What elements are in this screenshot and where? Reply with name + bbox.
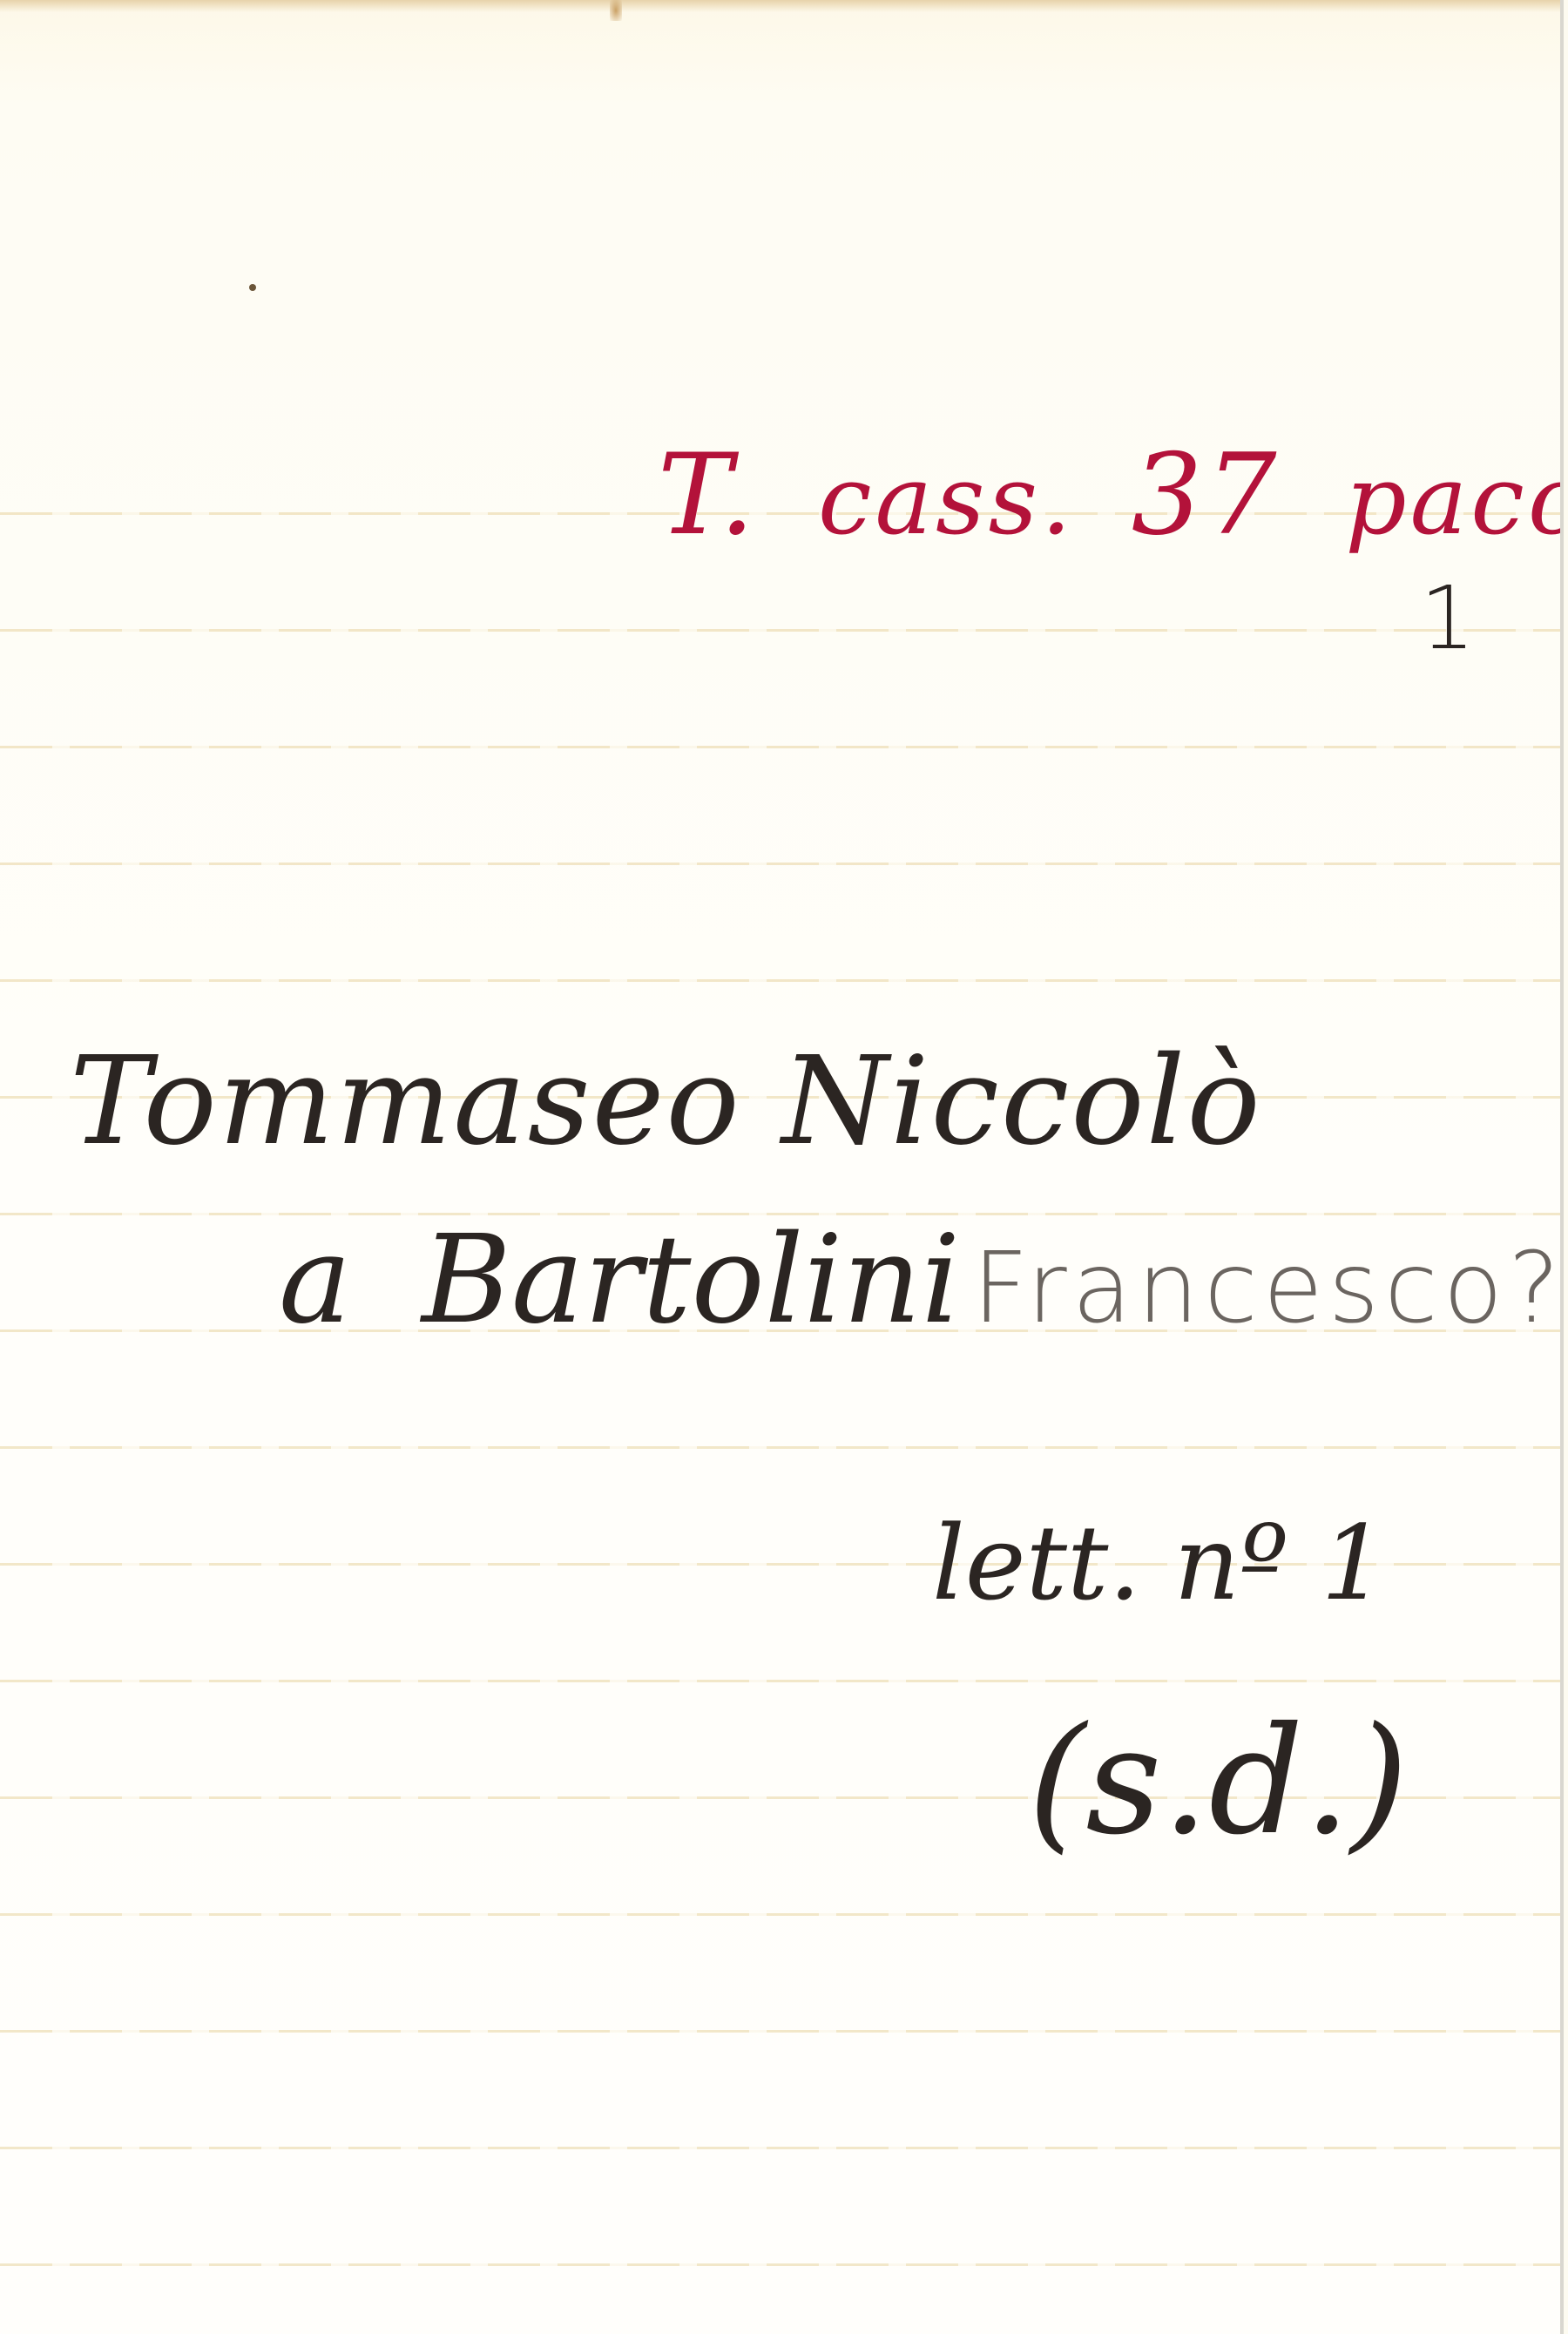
recipient-surname: Bartolini bbox=[422, 1209, 960, 1351]
ruled-line bbox=[0, 1446, 1560, 1449]
ruled-line bbox=[0, 629, 1560, 632]
ruled-line bbox=[0, 979, 1560, 982]
paper-stain bbox=[610, 0, 622, 21]
shelfmark-cassetta-number: 37 bbox=[1132, 430, 1281, 560]
shelfmark: T. cass. 37 pacco 88. bbox=[658, 440, 1564, 551]
ruled-line bbox=[0, 1913, 1560, 1916]
card-top-edge bbox=[0, 0, 1560, 12]
sender-name: Tommaseo Niccolò bbox=[70, 1041, 1262, 1163]
ink-dot bbox=[249, 284, 256, 291]
ruled-line bbox=[0, 863, 1560, 865]
index-card: T. cass. 37 pacco 88. 1 Tommaseo Niccolò… bbox=[0, 0, 1564, 2334]
ruled-line bbox=[0, 2263, 1560, 2266]
shelfmark-pacco-label: pacco bbox=[1345, 444, 1564, 556]
ruled-line bbox=[0, 2030, 1560, 2033]
recipient-given-name: Francesco? bbox=[972, 1232, 1564, 1345]
ruled-line bbox=[0, 2147, 1560, 2149]
recipient-line: a BartoliniFrancesco? bbox=[279, 1220, 1564, 1342]
shelfmark-cassetta-label: cass. bbox=[818, 444, 1075, 556]
ruled-line bbox=[0, 746, 1560, 748]
letter-date: (s.d.) bbox=[1028, 1708, 1409, 1856]
shelfmark-prefix: T. bbox=[658, 430, 758, 560]
ruled-line bbox=[0, 1680, 1560, 1682]
item-number: 1 bbox=[1420, 575, 1476, 662]
letter-number: lett. nº 1 bbox=[932, 1512, 1387, 1614]
recipient-prefix: a bbox=[279, 1209, 351, 1351]
